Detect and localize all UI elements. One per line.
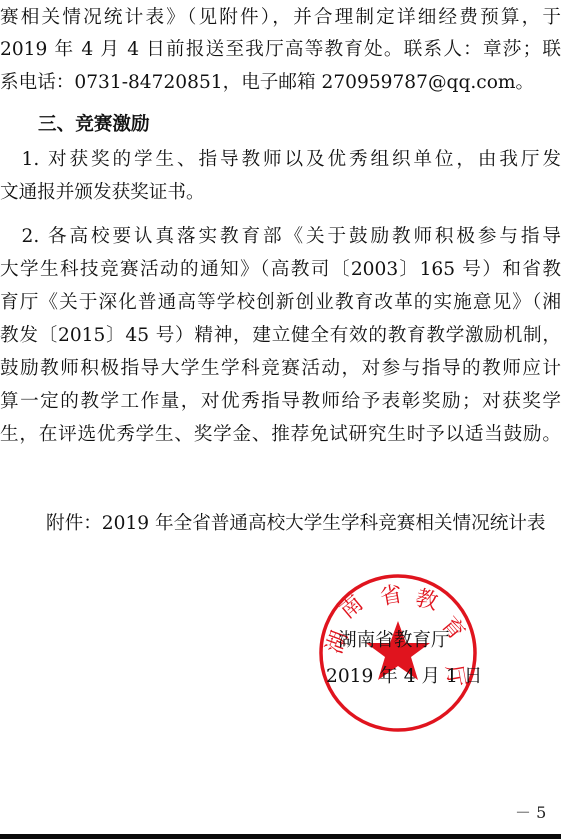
item2-line-1: 2. 各高校要认真落实教育部《关于鼓励教师积极参与指导 [0,222,561,252]
section-heading: 三、竞赛激励 [38,110,561,140]
item1-line-1: 1. 对获奖的学生、指导教师以及优秀组织单位，由我厅发 [0,145,561,175]
item1-line-2: 文通报并颁发获奖证书。 [0,178,561,208]
svg-text:省: 省 [378,582,404,610]
item2-line-7: 生，在评选优秀学生、奖学金、推荐免试研究生时予以适当鼓励。 [0,420,561,450]
paragraph-line-2: 2019 年 4 月 4 日前报送至我厅高等教育处。联系人：章莎；联 [0,35,561,65]
issuer-name: 湖南省教育厅 [338,628,450,654]
paragraph-line-3: 系电话：0731-84720851，电子邮箱 270959787@qq.com。 [0,68,561,98]
item2-line-2: 大学生科技竞赛活动的通知》（高教司〔2003〕165 号）和省教 [0,255,561,285]
paragraph-line-1: 赛相关情况统计表》（见附件），并合理制定详细经费预算，于 [0,3,561,33]
item2-line-5: 鼓励教师积极指导大学生学科竞赛活动，对参与指导的教师应计 [0,354,561,384]
bottom-edge-bar [0,834,561,839]
svg-text:教: 教 [413,586,441,616]
item2-line-3: 育厅《关于深化普通高等学校创新创业教育改革的实施意见》（湘 [0,288,561,318]
item2-line-6: 算一定的教学工作量，对优秀指导教师给予表彰奖励；对获奖学 [0,387,561,417]
attachment-note: 附件：2019 年全省普通高校大学生学科竞赛相关情况统计表 [46,509,561,539]
svg-text:南: 南 [335,591,368,624]
item2-line-4: 教发〔2015〕45 号）精神，建立健全有效的教育教学激励机制， [0,321,561,351]
issue-date: 2019 年 4 月 1 日 [326,664,482,690]
